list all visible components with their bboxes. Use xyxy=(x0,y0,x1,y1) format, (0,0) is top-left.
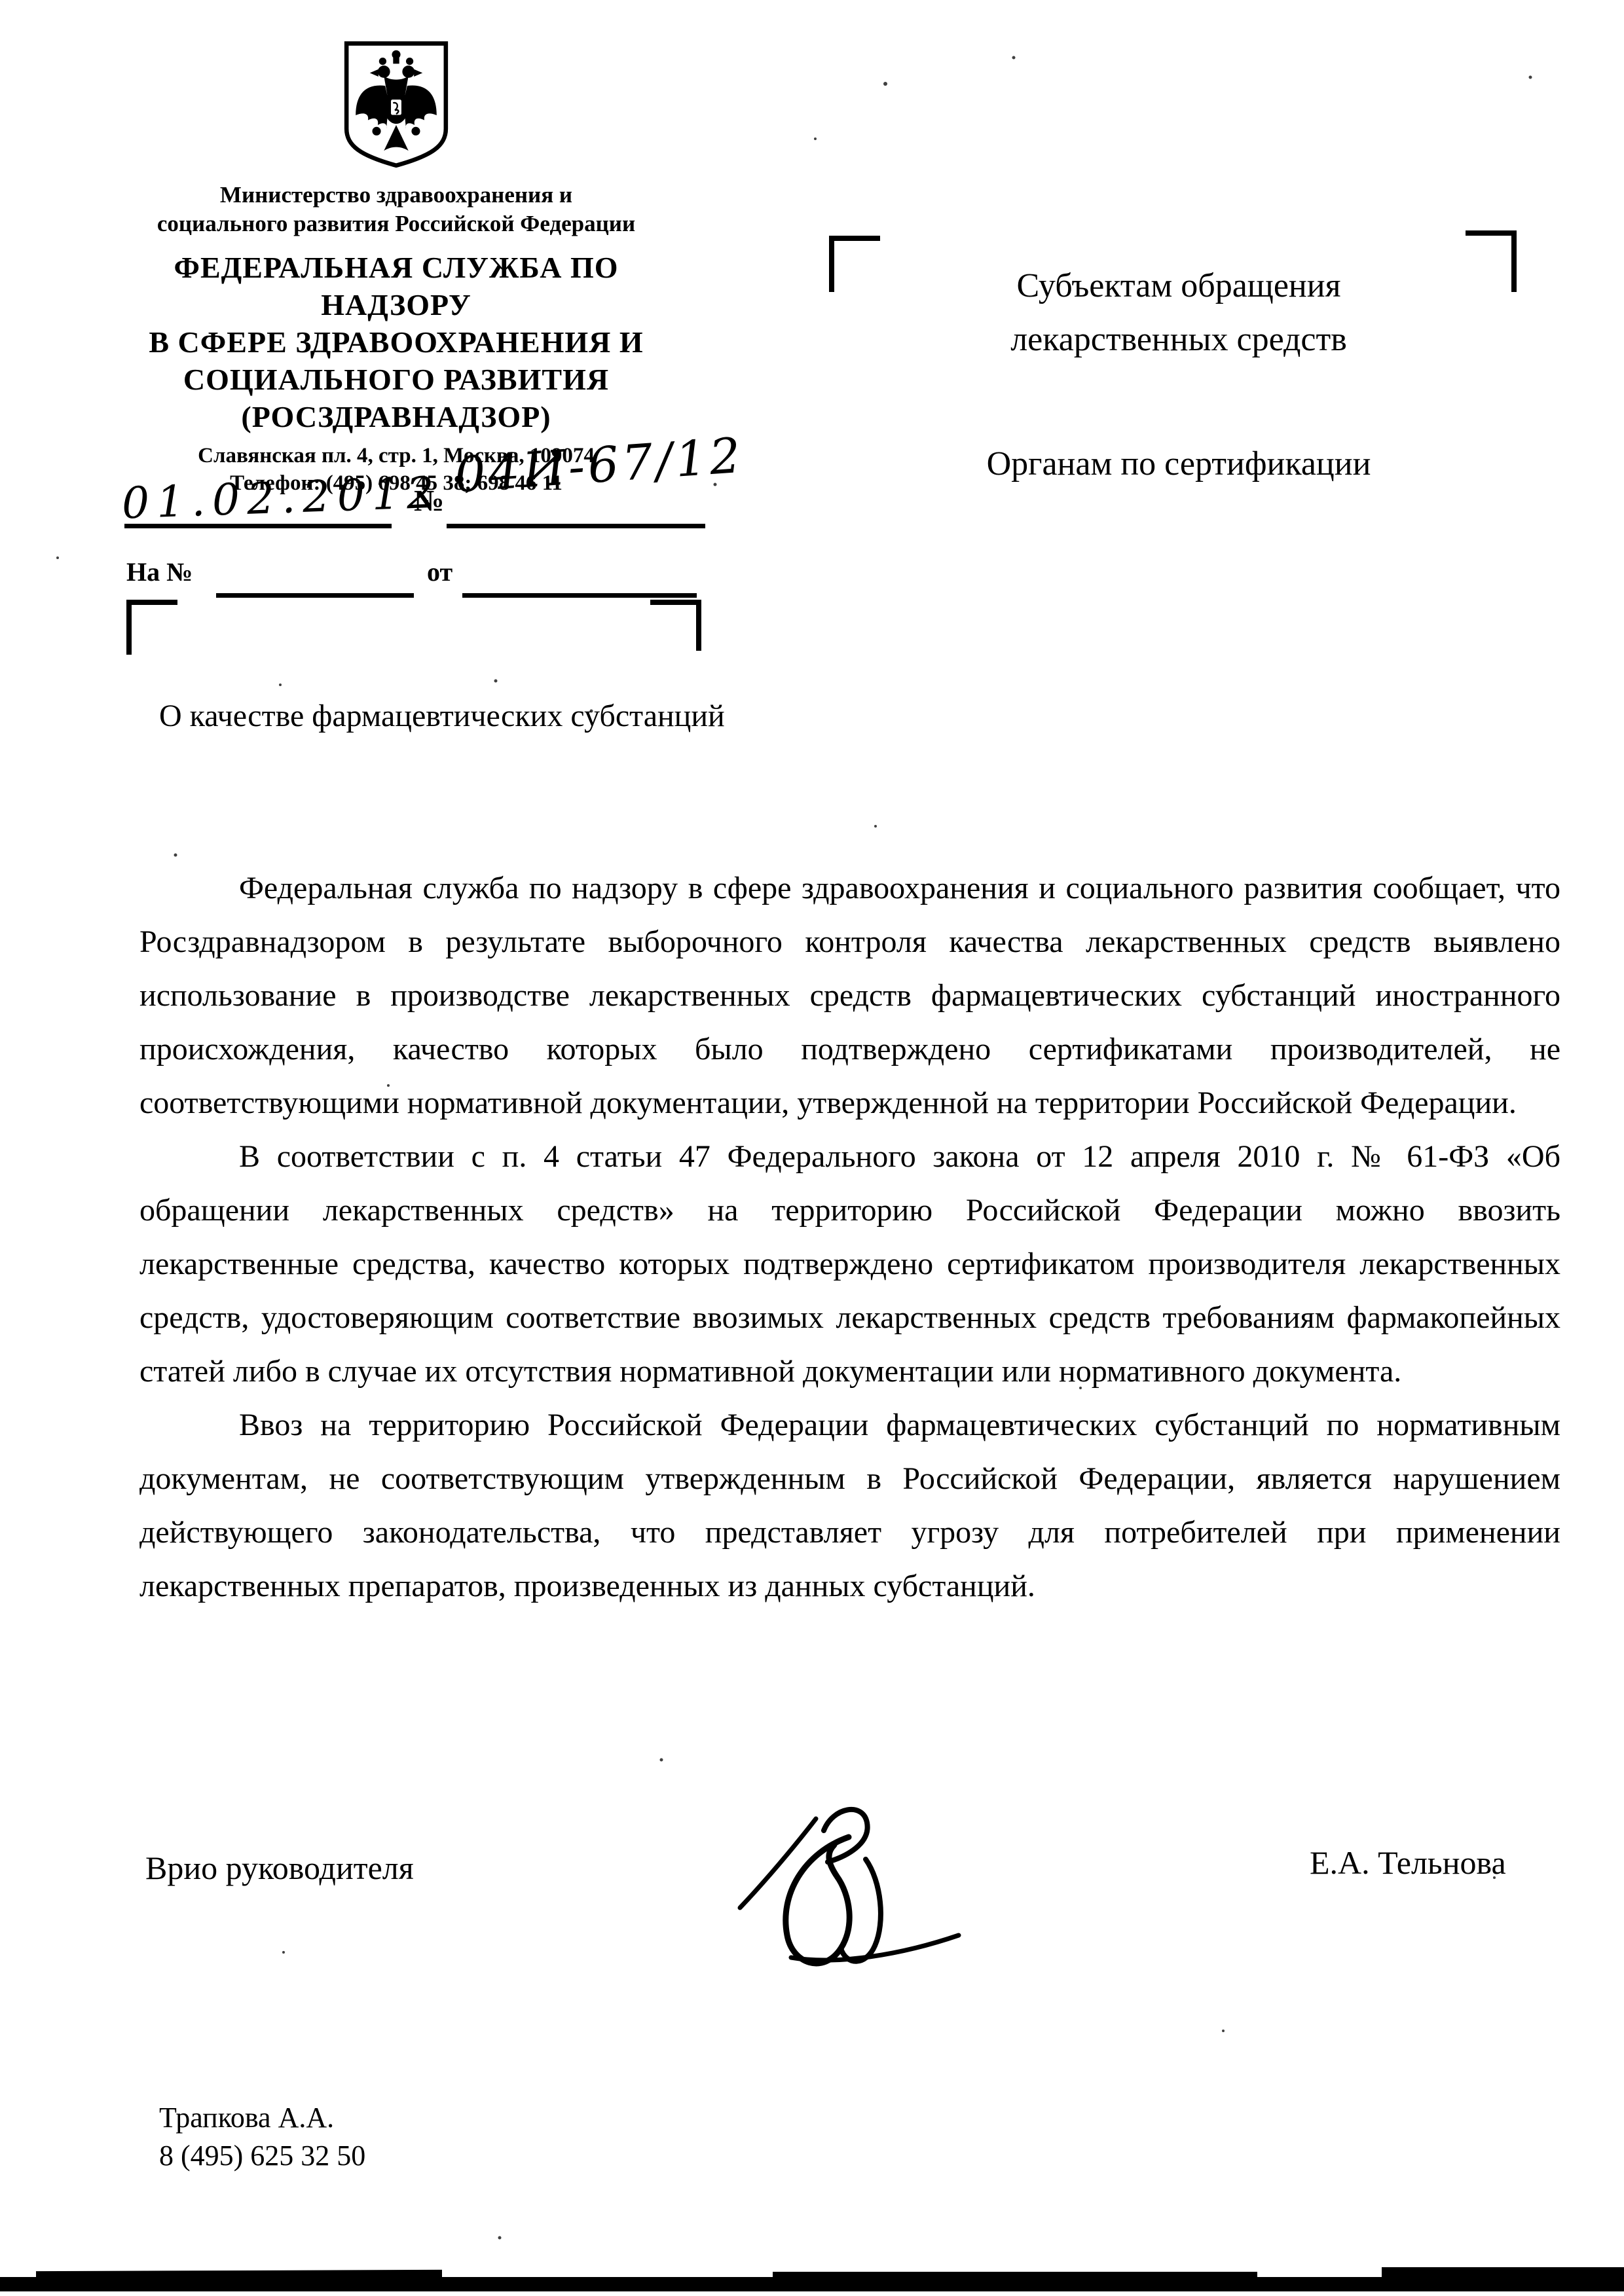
letter-body: Федеральная служба по надзору в сфере зд… xyxy=(139,862,1560,1613)
ministry-name-line: Министерство здравоохранения и xyxy=(98,181,694,210)
body-paragraph: Ввоз на территорию Российской Федерации … xyxy=(139,1398,1560,1613)
addressee-line: Субъектам обращения xyxy=(891,259,1467,313)
addressee-block-2: Органам по сертификации xyxy=(891,437,1467,491)
addressee-line: лекарственных средств xyxy=(891,313,1467,367)
service-name-line: (РОСЗДРАВНАДЗОР) xyxy=(98,398,694,435)
subject-line: О качестве фармацевтических субстанций xyxy=(159,698,725,734)
russian-coat-of-arms-icon xyxy=(339,38,454,173)
service-name: ФЕДЕРАЛЬНАЯ СЛУЖБА ПО НАДЗОРУ В СФЕРЕ ЗД… xyxy=(98,249,694,435)
in-reply-to-label: На № xyxy=(126,556,193,587)
body-paragraph: В соответствии с п. 4 статьи 47 Федераль… xyxy=(139,1130,1560,1398)
number-sign-label: № xyxy=(414,483,444,518)
corner-mark-icon xyxy=(650,600,701,651)
ministry-name-line: социального развития Российской Федераци… xyxy=(98,210,694,238)
in-reply-date-underline xyxy=(462,593,697,598)
letterhead: Министерство здравоохранения и социально… xyxy=(98,38,694,497)
service-name-line: СОЦИАЛЬНОГО РАЗВИТИЯ xyxy=(98,361,694,398)
executor-phone: 8 (495) 625 32 50 xyxy=(159,2137,365,2175)
scan-bar-segment xyxy=(773,2272,1257,2278)
date-underline xyxy=(124,524,392,528)
corner-mark-icon xyxy=(829,236,880,292)
corner-mark-icon xyxy=(126,600,177,655)
service-name-line: ФЕДЕРАЛЬНАЯ СЛУЖБА ПО НАДЗОРУ xyxy=(98,249,694,323)
signer-name: Е.А. Тельнова xyxy=(1310,1844,1506,1882)
addressee-block-1: Субъектам обращения лекарственных средст… xyxy=(891,259,1467,367)
service-name-line: В СФЕРЕ ЗДРАВООХРАНЕНИЯ И xyxy=(98,323,694,361)
scan-bar-segment xyxy=(36,2270,442,2279)
number-underline xyxy=(447,524,705,528)
handwritten-date: 01.02.2012 xyxy=(121,467,442,529)
in-reply-number-underline xyxy=(216,593,414,598)
in-reply-date-label: от xyxy=(427,556,452,587)
executor-name: Трапкова А.А. xyxy=(159,2099,365,2137)
scanned-letter-page: Министерство здравоохранения и социально… xyxy=(0,0,1624,2296)
body-paragraph: Федеральная служба по надзору в сфере зд… xyxy=(139,862,1560,1130)
signature-icon xyxy=(726,1796,974,1999)
scan-bar-segment xyxy=(1382,2267,1624,2278)
signer-position-label: Врио руководителя xyxy=(145,1849,414,1887)
ministry-name: Министерство здравоохранения и социально… xyxy=(98,181,694,238)
corner-mark-icon xyxy=(1466,230,1517,292)
executor-block: Трапкова А.А. 8 (495) 625 32 50 xyxy=(159,2099,365,2175)
scan-bar-segment xyxy=(0,2277,1624,2291)
